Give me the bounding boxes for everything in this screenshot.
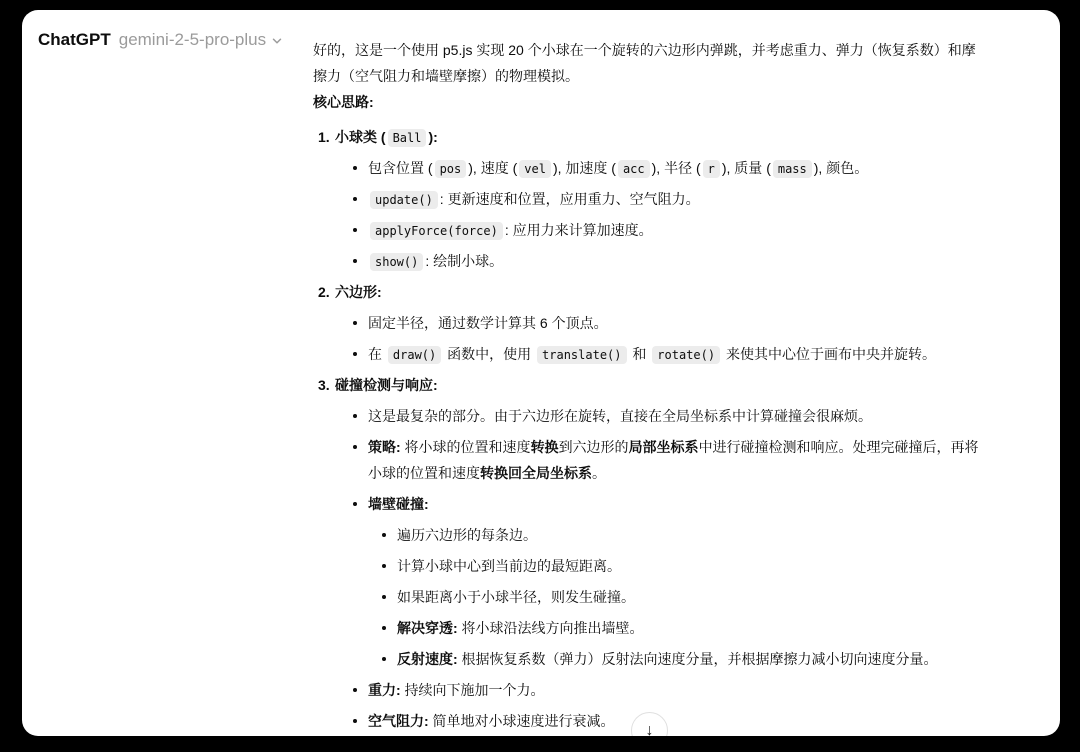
arrow-down-icon: ↓ [646, 722, 654, 737]
list-item: show(): 绘制小球。 [335, 248, 979, 274]
collision-bullet-list: 这是最复杂的部分。由于六边形在旋转，直接在全局坐标系中计算碰撞会很麻烦。 策略:… [335, 403, 979, 734]
inline-code: show() [370, 253, 423, 271]
bold-text: 重力: [368, 682, 401, 698]
bold-text: 策略: [368, 439, 401, 455]
bold-text: 墙壁碰撞: [368, 496, 429, 512]
numbered-list: 小球类 (Ball): 包含位置 (pos), 速度 (vel), 加速度 (a… [313, 124, 979, 734]
list-item: 重力: 持续向下施加一个力。 [335, 677, 979, 703]
inline-code: applyForce(force) [370, 222, 503, 240]
bold-text: 核心思路: [313, 94, 374, 110]
inline-code: vel [519, 160, 551, 178]
list-item: 固定半径，通过数学计算其 6 个顶点。 [335, 310, 979, 336]
list-item: 如果距离小于小球半径，则发生碰撞。 [368, 584, 979, 610]
bold-text: 六边形: [335, 284, 382, 300]
inline-code: update() [370, 191, 438, 209]
bold-text: 局部坐标系 [629, 439, 699, 455]
list-item-collision: 碰撞检测与响应: 这是最复杂的部分。由于六边形在旋转，直接在全局坐标系中计算碰撞… [313, 372, 979, 734]
inline-code: acc [618, 160, 650, 178]
chatgpt-window: ChatGPT gemini-2-5-pro-plus 好的，这是一个使用 p5… [22, 10, 1060, 736]
list-item-title: 墙壁碰撞: [368, 496, 429, 512]
ball-bullet-list: 包含位置 (pos), 速度 (vel), 加速度 (acc), 半径 (r),… [335, 155, 979, 274]
inline-code: translate() [537, 346, 626, 364]
inline-code: draw() [388, 346, 441, 364]
inline-code: pos [435, 160, 467, 178]
list-item: 包含位置 (pos), 速度 (vel), 加速度 (acc), 半径 (r),… [335, 155, 979, 181]
list-item: applyForce(force): 应用力来计算加速度。 [335, 217, 979, 243]
bold-text: 空气阻力: [368, 713, 429, 729]
list-item: 遍历六边形的每条边。 [368, 522, 979, 548]
bold-text: 小球类 ( [335, 129, 386, 145]
list-item: 计算小球中心到当前边的最短距离。 [368, 553, 979, 579]
chevron-down-icon [271, 35, 283, 47]
list-item: update(): 更新速度和位置，应用重力、空气阻力。 [335, 186, 979, 212]
list-item: 这是最复杂的部分。由于六边形在旋转，直接在全局坐标系中计算碰撞会很麻烦。 [335, 403, 979, 429]
bold-text: 碰撞检测与响应: [335, 377, 438, 393]
wall-bullet-list: 遍历六边形的每条边。 计算小球中心到当前边的最短距离。 如果距离小于小球半径，则… [368, 522, 979, 672]
list-item-title: 六边形: [335, 284, 382, 300]
intro-paragraph: 好的，这是一个使用 p5.js 实现 20 个小球在一个旋转的六边形内弹跳，并考… [313, 37, 979, 89]
inline-code: mass [773, 160, 812, 178]
list-item: 策略: 将小球的位置和速度转换到六边形的局部坐标系中进行碰撞检测和响应。处理完碰… [335, 434, 979, 486]
window-header: ChatGPT gemini-2-5-pro-plus [38, 28, 283, 52]
list-item: 在 draw() 函数中，使用 translate() 和 rotate() 来… [335, 341, 979, 367]
list-item-wall-collision: 墙壁碰撞: 遍历六边形的每条边。 计算小球中心到当前边的最短距离。 如果距离小于… [335, 491, 979, 672]
inline-code: Ball [388, 129, 427, 147]
list-item-ball-class: 小球类 (Ball): 包含位置 (pos), 速度 (vel), 加速度 (a… [313, 124, 979, 274]
list-item-title: 小球类 (Ball): [335, 129, 438, 145]
inline-code: rotate() [652, 346, 720, 364]
model-name: gemini-2-5-pro-plus [119, 28, 266, 52]
list-item-hexagon: 六边形: 固定半径，通过数学计算其 6 个顶点。 在 draw() 函数中，使用… [313, 279, 979, 367]
app-title: ChatGPT [38, 28, 111, 52]
assistant-message: 好的，这是一个使用 p5.js 实现 20 个小球在一个旋转的六边形内弹跳，并考… [313, 37, 979, 736]
section-heading: 核心思路: [313, 89, 979, 115]
bold-text: 转换回全局坐标系 [480, 465, 592, 481]
bold-text: 反射速度: [397, 651, 458, 667]
inline-code: r [703, 160, 720, 178]
list-item: 反射速度: 根据恢复系数（弹力）反射法向速度分量，并根据摩擦力减小切向速度分量。 [368, 646, 979, 672]
model-selector[interactable]: gemini-2-5-pro-plus [119, 28, 283, 52]
bold-text: 解决穿透: [397, 620, 458, 636]
bold-text: ): [428, 129, 437, 145]
list-item: 解决穿透: 将小球沿法线方向推出墙壁。 [368, 615, 979, 641]
list-item-title: 碰撞检测与响应: [335, 377, 438, 393]
hexagon-bullet-list: 固定半径，通过数学计算其 6 个顶点。 在 draw() 函数中，使用 tran… [335, 310, 979, 367]
bold-text: 转换 [531, 439, 559, 455]
